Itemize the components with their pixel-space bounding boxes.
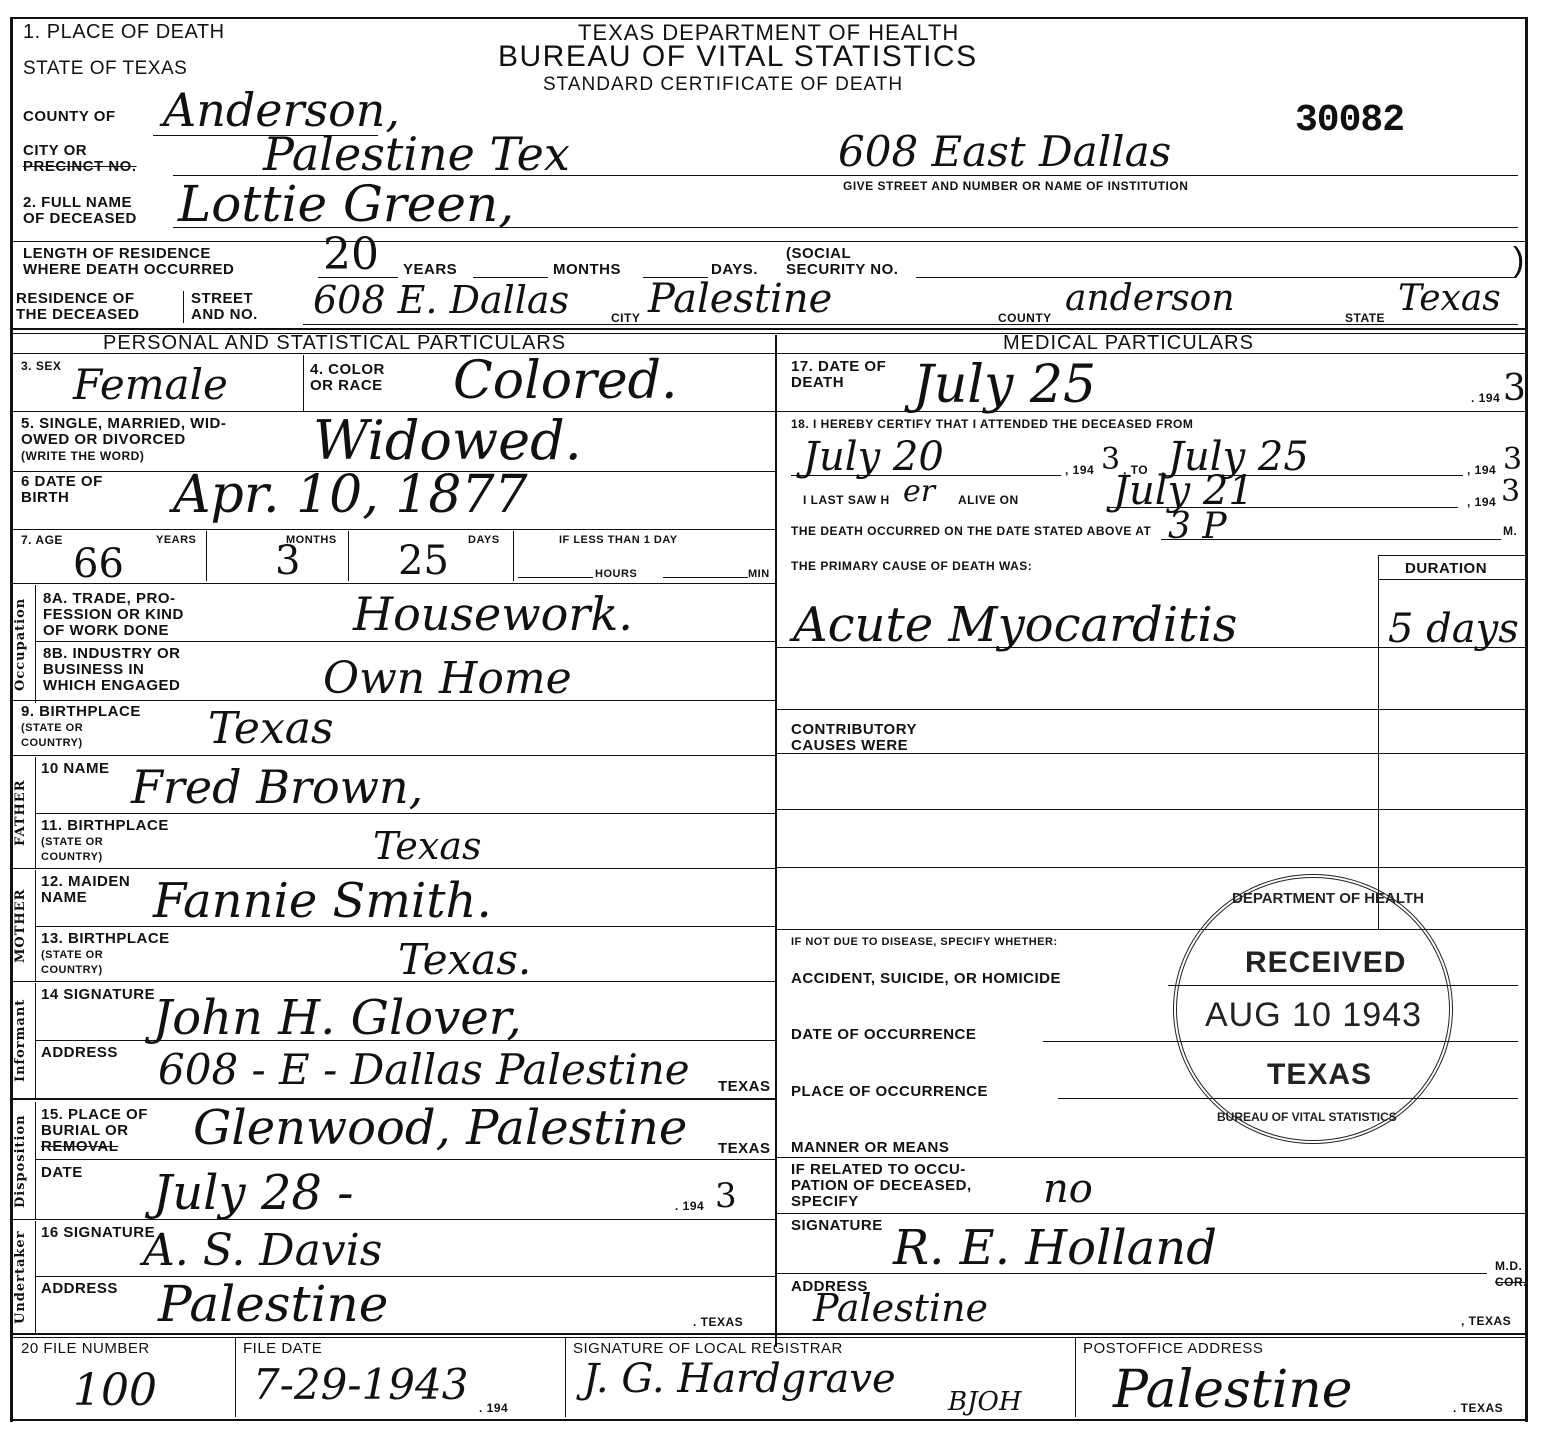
file-number-label: 20 FILE NUMBER [21,1341,150,1357]
department-title: TEXAS DEPARTMENT OF HEALTH [578,25,959,41]
file-date-year-prefix: . 194 [479,1401,508,1415]
age-label: 7. AGE [21,533,63,547]
row-line-undertaker-sig [35,1276,775,1277]
physician-address-value[interactable]: Palestine [813,1289,988,1327]
sex-value[interactable]: Female [73,364,228,406]
undertaker-addr-value[interactable]: Palestine [158,1279,388,1329]
marital-value[interactable]: Widowed. [313,414,582,468]
accident-label: ACCIDENT, SUICIDE, OR HOMICIDE [791,971,1061,987]
mother-name-value[interactable]: Fannie Smith. [153,877,492,925]
age-days-label: DAYS [468,534,500,547]
informant-sig-value[interactable]: John H. Glover, [153,994,522,1042]
father-name-value[interactable]: Fred Brown, [131,764,423,810]
footer-top-line [13,1333,1525,1335]
place-street-value[interactable]: 608 East Dallas [838,131,1171,173]
industry-label-2: BUSINESS IN [43,662,144,678]
occupation-side-sep [35,585,36,703]
birthplace-label-3: COUNTRY) [21,737,83,750]
mother-birthplace-value[interactable]: Texas. [398,939,531,981]
trade-label-3: OF WORK DONE [43,623,169,639]
date-occurrence-label: DATE OF OCCURRENCE [791,1027,976,1043]
burial-label-2: BURIAL OR [41,1123,129,1139]
occupation-related-line [777,1213,1525,1214]
min-label: MIN [748,568,770,581]
age-months-value[interactable]: 3 [275,541,300,581]
residence-label-1: RESIDENCE OF [16,291,135,307]
marital-label-1: 5. SINGLE, MARRIED, WID- [21,416,226,432]
file-date-label: FILE DATE [243,1341,322,1357]
ssn-field[interactable] [916,259,1516,279]
attended-to-year-prefix: , 194 [1467,463,1496,477]
color-label-1: 4. COLOR [310,362,385,378]
residence-line [303,324,1518,325]
row-line-dob [13,529,775,530]
certify-label: 18. I HEREBY CERTIFY THAT I ATTENDED THE… [791,417,1193,431]
footer-sep-3 [1075,1337,1076,1417]
footer-sep-1 [235,1337,236,1417]
county-of-label: COUNTY OF [23,109,116,125]
primary-cause-label: THE PRIMARY CAUSE OF DEATH WAS: [791,559,1032,573]
age-sep-2 [348,531,349,581]
occupation-related-label-2: PATION OF DECEASED, [791,1178,972,1194]
last-saw-year-digit[interactable]: 3 [1501,477,1520,507]
physician-sig-line [777,1273,1487,1274]
attended-from-value[interactable]: July 20 [803,437,944,477]
mother-side-label: MOTHER [13,870,33,982]
undertaker-sig-label: 16 SIGNATURE [41,1225,155,1241]
industry-value[interactable]: Own Home [323,657,572,701]
hours-label: HOURS [595,568,637,581]
stamp-top-ring: DEPARTMENT OF HEALTH [1232,890,1424,907]
months-label: MONTHS [553,262,621,278]
signature-suffix-md: M.D. [1495,1259,1522,1273]
informant-side-label: Informant [13,983,33,1098]
informant-addr-suffix: TEXAS [718,1079,771,1095]
contrib-line-2 [777,809,1525,810]
occupation-side-label: Occupation [13,585,33,703]
years-label: YEARS [403,262,457,278]
physician-address-suffix: , TEXAS [1461,1314,1511,1328]
last-saw-pronoun[interactable]: er [903,477,935,507]
divider-2 [13,328,1525,330]
signature-suffix-cor: COR. [1495,1275,1527,1289]
last-saw-value[interactable]: July 21 [1113,471,1254,511]
mother-name-label-1: 12. MAIDEN [41,874,130,890]
birthplace-value[interactable]: Texas [208,707,334,751]
medical-section-title: MEDICAL PARTICULARS [1003,332,1254,354]
place-of-death-label: 1. PLACE OF DEATH [23,24,225,40]
residence-street-value[interactable]: 608 E. Dallas [313,281,569,319]
stamp-bottom-ring: BUREAU OF VITAL STATISTICS [1217,1110,1397,1124]
center-divider [775,335,777,1347]
undertaker-side-sep [35,1221,36,1333]
registrar-label: SIGNATURE OF LOCAL REGISTRAR [573,1341,843,1357]
dod-label-2: DEATH [791,375,844,391]
cause-line-2 [777,709,1525,710]
duration-column-divider [1378,555,1379,930]
file-number-value[interactable]: 100 [73,1369,157,1413]
registrar-value[interactable]: J. G. Hardgrave [583,1359,896,1399]
residence-state-value[interactable]: Texas [1398,281,1501,317]
burial-label-3: REMOVAL [41,1139,118,1155]
trade-label-2: FESSION OR KIND [43,607,184,623]
dod-label-1: 17. DATE OF [791,359,886,375]
ssn-label-1: (SOCIAL [786,246,851,262]
burial-suffix: TEXAS [718,1141,771,1157]
residence-separator [183,291,184,323]
row-line-mother-name [35,926,775,927]
father-birthplace-label-3: COUNTRY) [41,851,103,864]
certificate-title: STANDARD CERTIFICATE OF DEATH [543,77,903,93]
full-name-value[interactable]: Lottie Green, [178,179,514,229]
marital-label-2: OWED OR DIVORCED [21,432,186,448]
informant-addr-value[interactable]: 608 - E - Dallas Palestine [158,1049,690,1091]
cause-line-1 [777,647,1525,648]
duration-under-line [1378,579,1525,580]
full-name-label-2: OF DECEASED [23,211,137,227]
contributory-label-1: CONTRIBUTORY [791,722,917,738]
father-side-label: FATHER [13,757,33,869]
stamp-state: TEXAS [1267,1058,1372,1092]
file-date-value[interactable]: 7-29-1943 [253,1364,468,1406]
father-birthplace-value[interactable]: Texas [373,827,481,865]
last-saw-line [1108,507,1458,508]
color-label-2: OR RACE [310,378,383,394]
age-years-label: YEARS [156,534,196,547]
street-hint: GIVE STREET AND NUMBER OR NAME OF INSTIT… [843,179,1188,193]
occupation-related-value[interactable]: no [1043,1169,1093,1209]
undertaker-sig-value[interactable]: A. S. Davis [143,1229,382,1273]
duration-top-line [1378,555,1525,556]
ssn-close-paren: ) [1513,241,1524,280]
full-name-line [173,227,1518,228]
burial-value[interactable]: Glenwood, Palestine [193,1104,687,1152]
row-line-mother-bp [13,981,775,982]
dod-value[interactable]: July 25 [913,359,1096,411]
residence-city-value[interactable]: Palestine [648,279,832,319]
trade-value[interactable]: Housework. [353,591,633,637]
age-sep-3 [513,531,514,581]
residence-label-2: THE DECEASED [16,307,140,323]
father-name-label: 10 NAME [41,761,110,777]
residence-years-value[interactable]: 20 [323,233,379,277]
mother-name-label-2: NAME [41,890,87,906]
postoffice-label: POSTOFFICE ADDRESS [1083,1341,1263,1357]
contrib-line-1 [777,753,1525,754]
death-time-label: THE DEATH OCCURRED ON THE DATE STATED AB… [791,524,1151,538]
contrib-line-3 [777,867,1525,868]
row-line-age [13,583,775,584]
mother-birthplace-label-1: 13. BIRTHPLACE [41,931,170,947]
mother-birthplace-label-2: (STATE OR [41,949,103,962]
footer-top-line-2 [13,1337,1525,1338]
bureau-title: BUREAU OF VITAL STATISTICS [498,49,978,65]
row-line-burial [35,1159,775,1160]
residence-length-label-2: WHERE DEATH OCCURRED [23,262,234,278]
dod-year-prefix: . 194 [1471,391,1500,405]
dob-value[interactable]: Apr. 10, 1877 [173,469,528,521]
postoffice-value[interactable]: Palestine [1113,1364,1353,1416]
occupation-related-label-3: SPECIFY [791,1194,859,1210]
burial-year-digit[interactable]: 3 [715,1179,737,1213]
place-occurrence-label: PLACE OF OCCURRENCE [791,1084,988,1100]
informant-addr-label: ADDRESS [41,1045,118,1061]
last-saw-year-prefix: , 194 [1467,495,1496,509]
undertaker-addr-label: ADDRESS [41,1281,118,1297]
occupation-related-label-1: IF RELATED TO OCCU- [791,1162,966,1178]
min-line [663,577,748,578]
residence-street-label-2: AND NO. [191,307,258,323]
birthplace-label-2: (STATE OR [21,722,83,735]
residence-city-label: CITY [611,311,640,325]
duration-label: DURATION [1405,561,1487,577]
undertaker-addr-suffix: . TEXAS [693,1315,743,1329]
row-line-industry [13,700,775,701]
last-saw-label-2: ALIVE ON [958,493,1019,507]
primary-cause-value[interactable]: Acute Myocarditis [793,601,1237,649]
row-line-father-bp [13,868,775,869]
full-name-label-1: 2. FULL NAME [23,195,132,211]
dod-year-digit[interactable]: 3 [1503,371,1526,407]
row-line-father-name [35,813,775,814]
postoffice-suffix: . TEXAS [1453,1401,1503,1415]
industry-label-3: WHICH ENGAGED [43,678,180,694]
marital-label-3: (WRITE THE WORD) [21,449,144,463]
divider-3 [13,353,1525,354]
row-line-birthplace [13,755,775,756]
stamp-received: RECEIVED [1245,946,1406,980]
contributory-label-2: CAUSES WERE [791,738,908,754]
burial-date-value[interactable]: July 28 - [153,1169,353,1217]
sex-label: 3. SEX [21,359,61,373]
death-certificate: 1. PLACE OF DEATH STATE OF TEXAS TEXAS D… [0,0,1563,1447]
residence-county-label: COUNTY [998,311,1052,325]
received-stamp: DEPARTMENT OF HEALTH RECEIVED AUG 10 194… [1173,874,1453,1144]
less-than-day-label: IF LESS THAN 1 DAY [559,534,678,547]
certificate-number: 30082 [1295,99,1404,142]
age-sep-1 [206,531,207,581]
residence-length-label-1: LENGTH OF RESIDENCE [23,246,211,262]
age-years-value[interactable]: 66 [73,544,124,584]
death-time-line [1161,539,1501,540]
certificate-form: 1. PLACE OF DEATH STATE OF TEXAS TEXAS D… [10,17,1528,1422]
divider-1 [13,241,1525,242]
father-birthplace-label-1: 11. BIRTHPLACE [41,818,169,834]
burial-date-label: DATE [41,1165,83,1181]
row-line-burial-date [13,1219,775,1220]
residence-state-label: STATE [1345,311,1385,325]
informant-sig-label: 14 SIGNATURE [41,987,155,1003]
trade-label-1: 8A. TRADE, PRO- [43,591,176,607]
city-label-2: PRECINCT NO. [23,159,137,175]
row-line-trade [35,641,775,642]
burial-label-1: 15. PLACE OF [41,1107,148,1123]
father-birthplace-label-2: (STATE OR [41,836,103,849]
manner-label: MANNER OR MEANS [791,1140,949,1156]
manner-line [777,1157,1525,1158]
disposition-side-sep [35,1102,36,1220]
city-label-1: CITY OR [23,143,87,159]
undertaker-side-label: Undertaker [13,1221,33,1333]
mother-birthplace-label-3: COUNTRY) [41,964,103,977]
attended-from-year-prefix: , 194 [1065,463,1094,477]
physician-signature-value[interactable]: R. E. Holland [893,1224,1217,1272]
row-line-dod [777,411,1525,412]
sex-color-separator [303,355,304,411]
duration-value[interactable]: 5 days [1388,609,1519,649]
stamp-date: AUG 10 1943 [1205,996,1422,1035]
residence-county-value[interactable]: anderson [1065,281,1235,317]
residence-street-label-1: STREET [191,291,253,307]
footer-bottom-line [13,1419,1525,1421]
last-saw-label-1: I LAST SAW H [803,493,890,507]
physician-signature-label: SIGNATURE [791,1218,883,1234]
not-disease-label: IF NOT DUE TO DISEASE, SPECIFY WHETHER: [791,936,1058,949]
registrar-initials[interactable]: BJOH [948,1389,1022,1415]
contributory-field[interactable] [913,719,1373,753]
age-days-value[interactable]: 25 [398,541,449,581]
burial-year-prefix: . 194 [675,1199,704,1213]
death-time-suffix: M. [1503,524,1517,538]
dob-label-1: 6 DATE OF [21,474,103,490]
hours-line [518,577,593,578]
industry-label-1: 8B. INDUSTRY OR [43,646,181,662]
row-line-informant-sig [35,1040,775,1041]
attended-to-year-digit[interactable]: 3 [1503,445,1522,475]
footer-sep-2 [565,1337,566,1417]
color-value[interactable]: Colored. [453,355,677,407]
birthplace-label-1: 9. BIRTHPLACE [21,704,141,720]
state-label: STATE OF TEXAS [23,61,187,77]
dob-label-2: BIRTH [21,490,69,506]
city-value[interactable]: Palestine Tex [263,131,570,177]
disposition-side-label: Disposition [13,1102,33,1220]
